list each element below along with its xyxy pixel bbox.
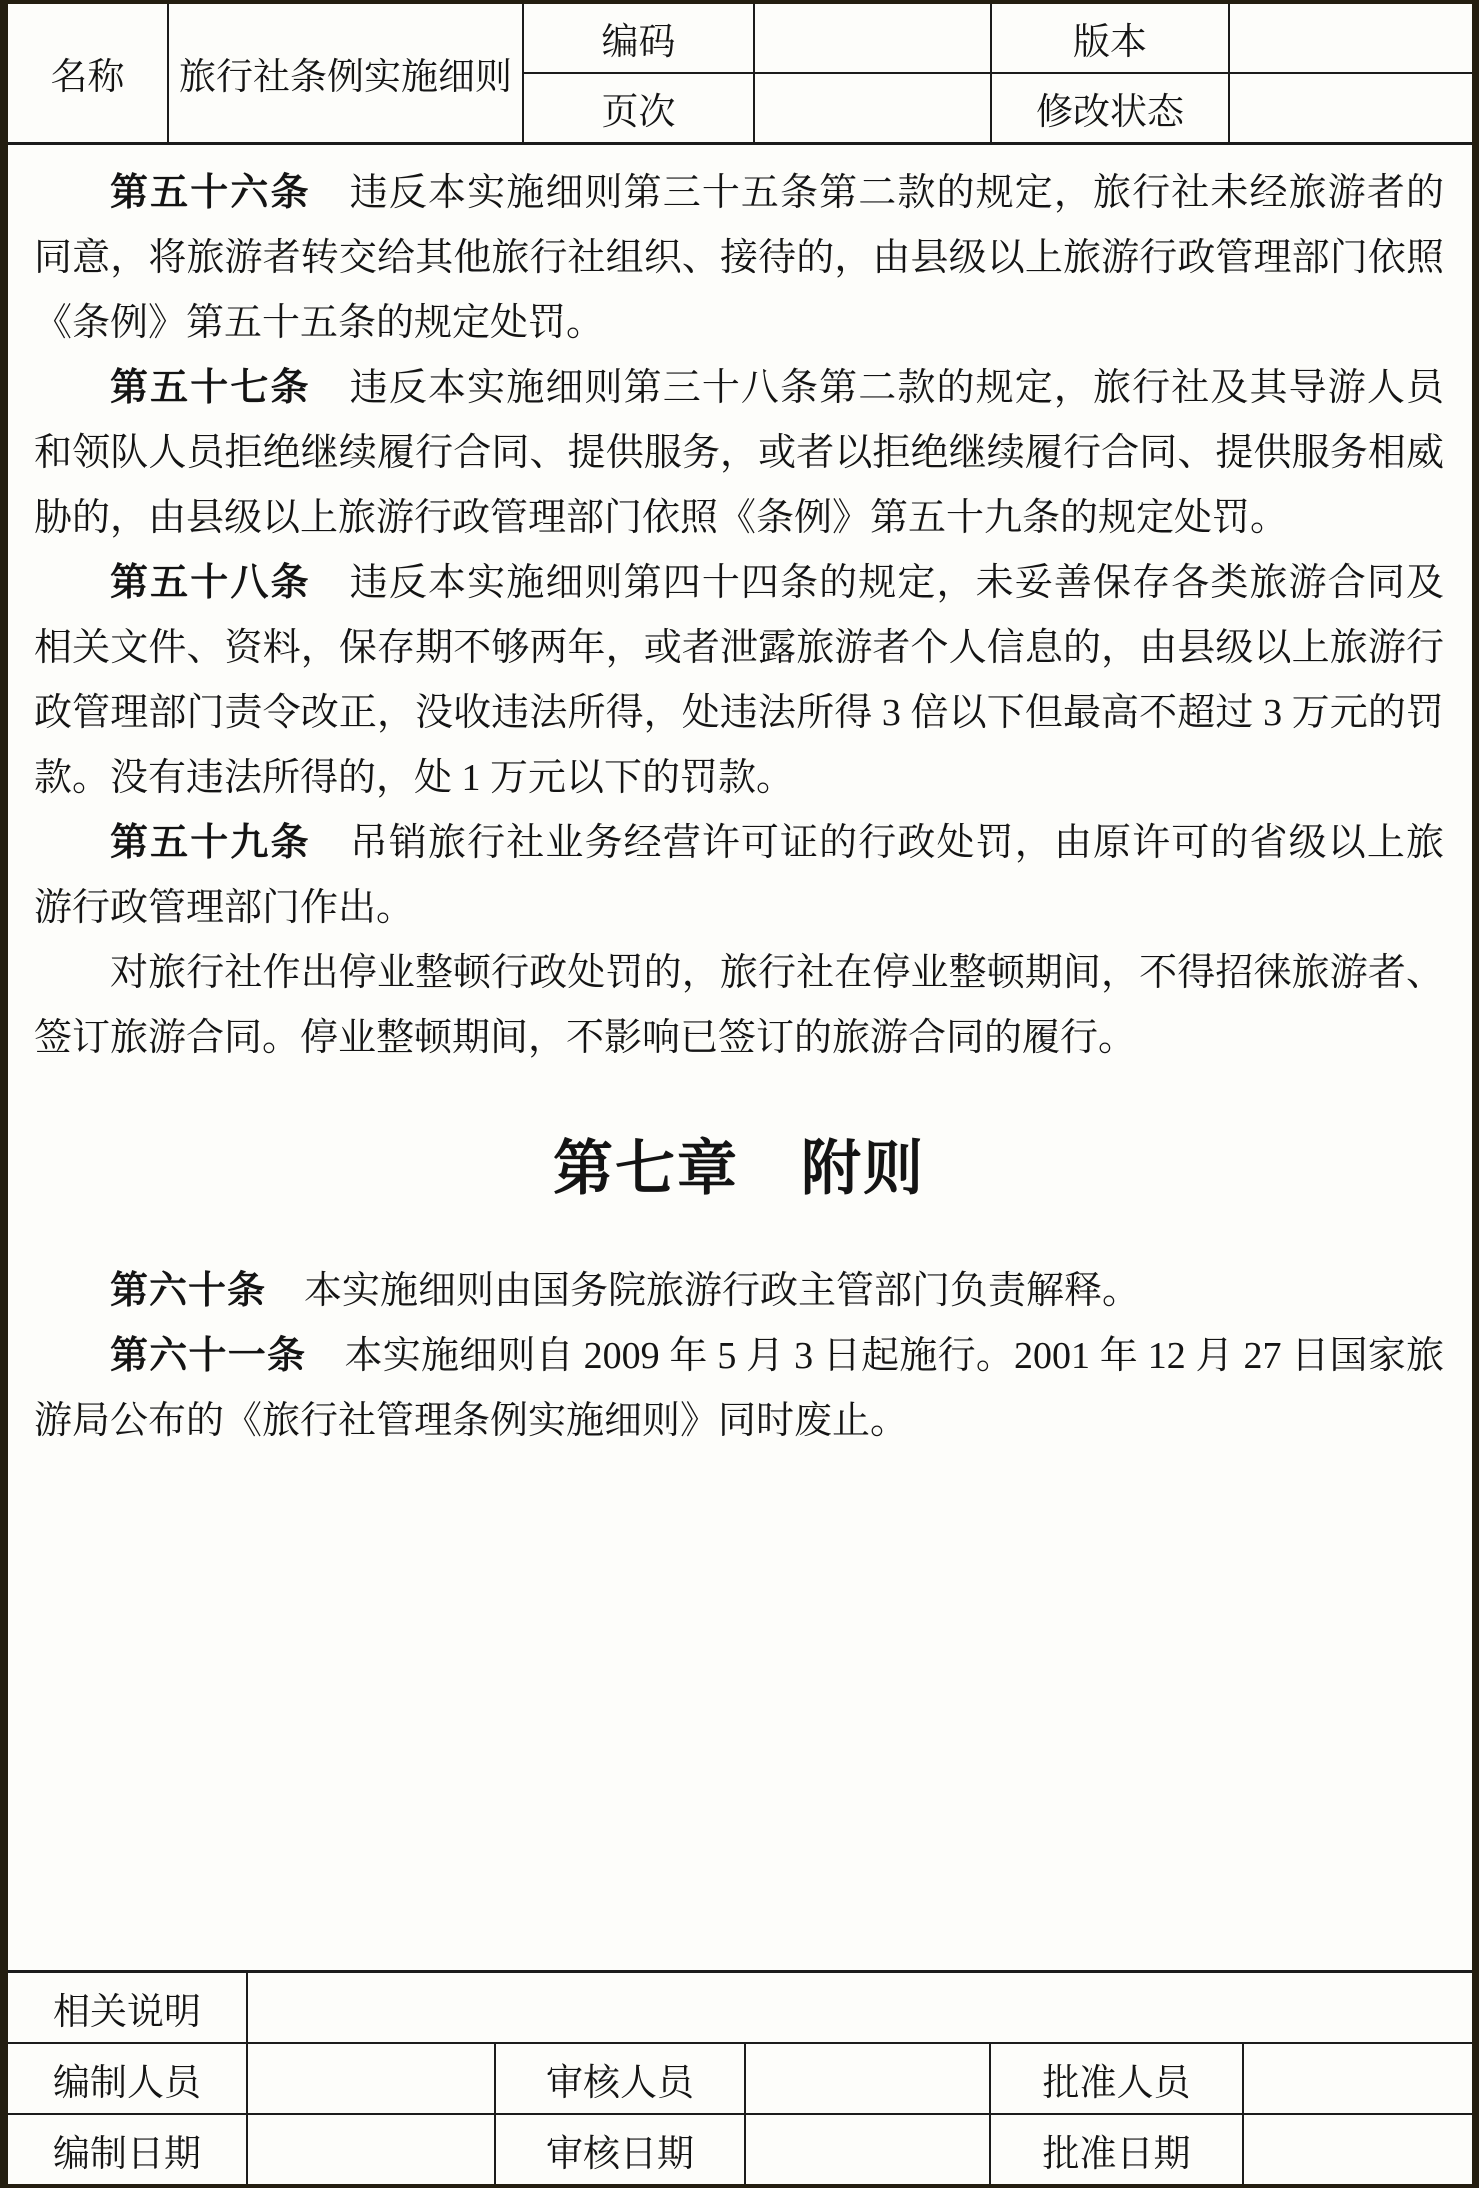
article-58-number: 第五十八条 [110,562,311,604]
reviewed-by-label: 审核人员 [495,2043,745,2114]
article-61-number: 第六十一条 [110,1335,306,1377]
article-61-paragraph: 第六十一条 本实施细则自 2009 年 5 月 3 日起施行。2001 年 12… [34,1324,1444,1454]
review-date-value-cell [745,2114,990,2184]
revision-status-value-cell [1229,73,1472,144]
code-label: 编码 [523,4,754,73]
related-notes-value-cell [247,1972,1472,2044]
article-60-number: 第六十条 [110,1270,266,1312]
prepared-by-value-cell [247,2043,495,2114]
name-label: 名称 [8,4,168,144]
related-notes-label: 相关说明 [8,1972,247,2044]
approval-date-value-cell [1243,2114,1472,2184]
prepared-date-label: 编制日期 [8,2114,247,2184]
article-59-clause-2-paragraph: 对旅行社作出停业整顿行政处罚的，旅行社在停业整顿期间，不得招徕旅游者、签订旅游合… [34,941,1444,1071]
article-56-number: 第五十六条 [110,172,311,214]
article-57-number: 第五十七条 [110,367,311,409]
article-60-paragraph: 第六十条 本实施细则由国务院旅游行政主管部门负责解释。 [34,1259,1444,1324]
reviewed-by-value-cell [745,2043,990,2114]
article-57-paragraph: 第五十七条 违反本实施细则第三十八条第二款的规定，旅行社及其导游人员和领队人员拒… [34,356,1444,551]
article-59-paragraph: 第五十九条 吊销旅行社业务经营许可证的行政处罚，由原许可的省级以上旅游行政管理部… [34,811,1444,941]
article-56-paragraph: 第五十六条 违反本实施细则第三十五条第二款的规定，旅行社未经旅游者的同意，将旅游… [34,161,1444,356]
name-value: 旅行社条例实施细则 [168,4,523,144]
page-number-value-cell [754,73,991,144]
header-table: 名称 旅行社条例实施细则 编码 版本 页次 修改状态 [8,4,1472,145]
review-date-label: 审核日期 [495,2114,745,2184]
approved-by-value-cell [1243,2043,1472,2114]
document-body: 第五十六条 违反本实施细则第三十五条第二款的规定，旅行社未经旅游者的同意，将旅游… [8,145,1472,1454]
footer-table: 相关说明 编制人员 审核人员 批准人员 编制日期 审核日期 批准日期 [8,1970,1472,2184]
document-page: 名称 旅行社条例实施细则 编码 版本 页次 修改状态 第五十六条 违反本实施细则… [0,0,1479,2188]
code-value-cell [754,4,991,73]
page-number-label: 页次 [523,73,754,144]
chapter-7-heading: 第七章 附则 [34,1133,1444,1205]
approved-by-label: 批准人员 [990,2043,1243,2114]
article-59-clause-2-text: 对旅行社作出停业整顿行政处罚的，旅行社在停业整顿期间，不得招徕旅游者、签订旅游合… [34,952,1444,1059]
article-59-number: 第五十九条 [110,822,311,864]
version-label: 版本 [991,4,1229,73]
article-58-paragraph: 第五十八条 违反本实施细则第四十四条的规定，未妥善保存各类旅游合同及相关文件、资… [34,551,1444,811]
approval-date-label: 批准日期 [990,2114,1243,2184]
prepared-by-label: 编制人员 [8,2043,247,2114]
version-value-cell [1229,4,1472,73]
prepared-date-value-cell [247,2114,495,2184]
revision-status-label: 修改状态 [991,73,1229,144]
article-60-text: 本实施细则由国务院旅游行政主管部门负责解释。 [266,1270,1140,1312]
